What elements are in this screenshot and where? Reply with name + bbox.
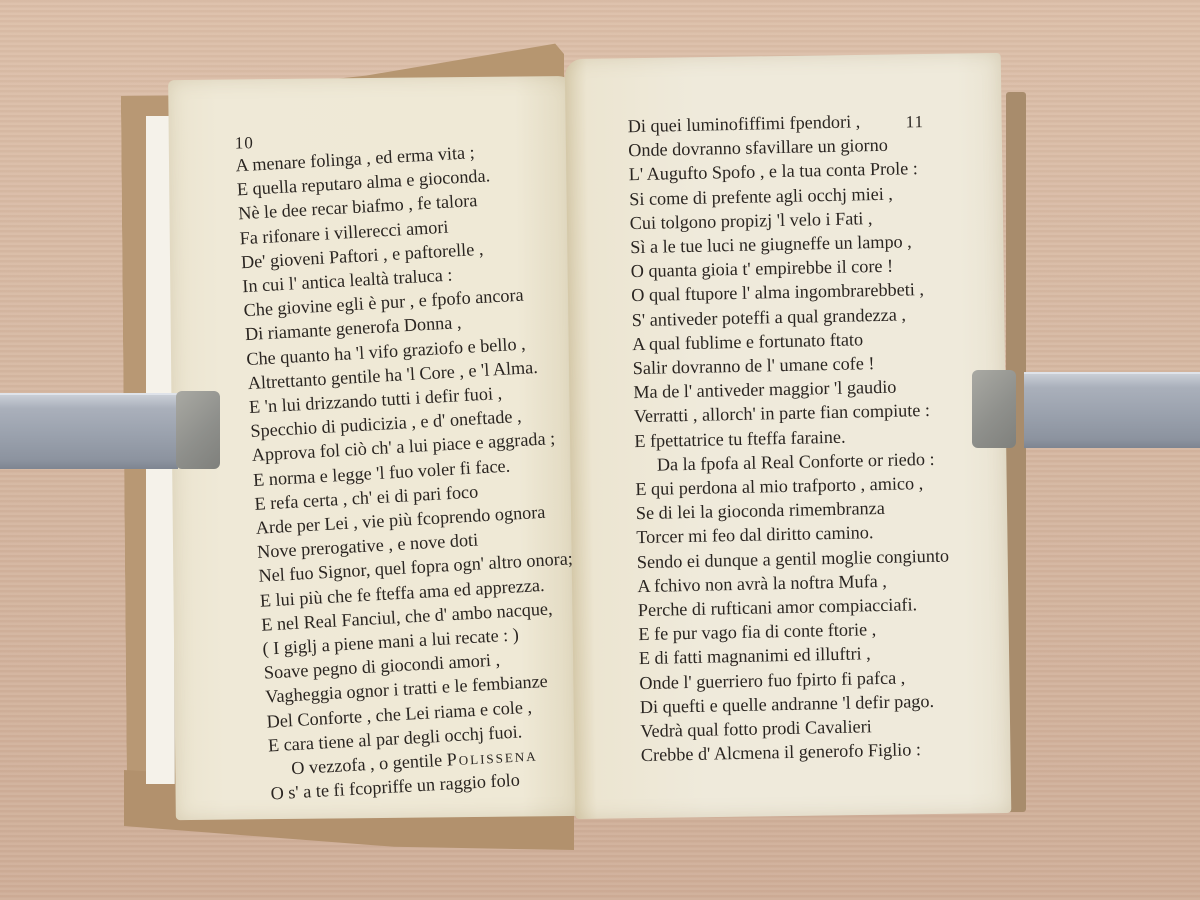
clamp-bar [1024,372,1200,448]
book-photo-scene: 10 A menare folinga , ed erma vita ; E q… [0,0,1200,900]
clamp-end-cap [176,391,220,469]
right-page: 11 Di quei luminofiffimi fpendori , Onde… [565,53,1012,819]
left-page-number: 10 [235,133,254,153]
left-page-verse-block: A menare folinga , ed erma vita ; E quel… [235,136,586,806]
name-polissena: Polissena [446,745,538,770]
verse-line: Crebbe d' Alcmena il generofo Figlio : [641,737,954,768]
right-metal-clamp [972,372,1200,446]
left-metal-clamp [0,393,220,467]
left-page: 10 A menare folinga , ed erma vita ; E q… [168,76,584,820]
clamp-end-cap [972,370,1016,448]
right-page-verse-block: Di quei luminofiffimi fpendori , Onde do… [627,108,953,768]
clamp-bar [0,393,178,469]
